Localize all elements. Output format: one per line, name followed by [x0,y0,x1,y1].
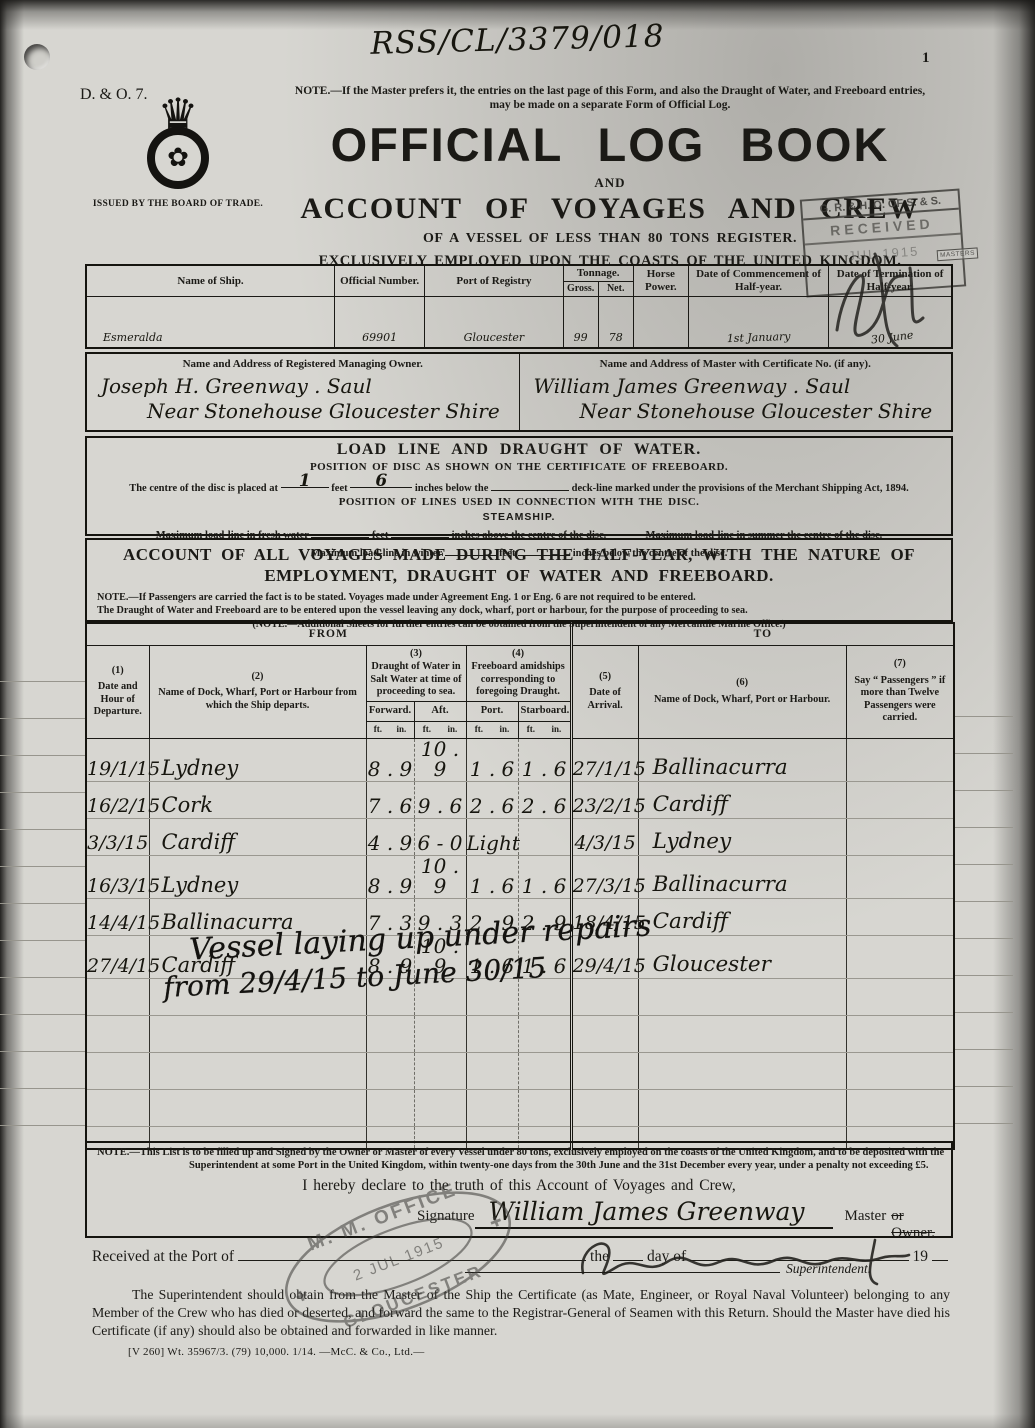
empty-cell [86,1089,149,1126]
header-col3: (3) Draught of Water in Salt Water at ti… [366,645,466,701]
departure-date: 16/3/15 [86,855,149,898]
passengers-cell [846,818,954,855]
voyage-row: 3/3/15 Cardiff 4 . 9 6 - 0 Light 4/3/15 … [86,818,954,855]
from-to-row: FROM TO [86,623,954,645]
col7-text: Say “ Passengers ” if more than Twelve P… [854,675,945,724]
steamship-label: STEAMSHIP. [87,511,951,523]
empty-cell [638,978,846,1015]
empty-cell [571,978,638,1015]
col3-text: Draught of Water in Salt Water at time o… [370,661,461,697]
fresh-inches-blank [391,526,449,538]
account-note-1: NOTE.—If Passengers are carried the fact… [87,592,951,605]
col7-number: (7) [849,658,952,671]
freeboard-starboard: 2 . 6 [518,781,571,818]
header-col6: (6) Name of Dock, Wharf, Port or Harbour… [638,645,846,738]
ship-header-row: Name of Ship. Official Number. Port of R… [86,265,952,282]
header-net: Net. [598,282,633,297]
arrival-date: 23/2/15 [571,781,638,818]
arrival-date: 27/3/15 [571,855,638,898]
column-header-row: (1) Date and Hour of Departure. (2) Name… [86,645,954,701]
empty-cell [571,1015,638,1052]
header-forward: Forward. [366,701,414,721]
empty-cell [414,1015,466,1052]
stamp-right-cross: ✚ [487,1212,504,1231]
col3-number: (3) [369,648,464,661]
empty-cell [638,1089,846,1126]
departure-port: Cork [149,781,366,818]
ftin-aft: ft.in. [414,721,466,738]
value-official-number: 69901 [335,297,425,349]
struck-or-owner: or Owner. [891,1208,951,1242]
archive-reference-handwritten: RSS/CL/3379/018 [0,8,1035,71]
scanned-log-book-page: RSS/CL/3379/018 1 D. & O. 7. ♛ ✿ ISSUED … [0,0,1035,1428]
draught-aft: 10 . 9 [414,855,466,898]
received-prefix: Received at the Port of [92,1248,234,1266]
departure-date: 3/3/15 [86,818,149,855]
empty-cell [846,978,954,1015]
master-header: Name and Address of Master with Certific… [520,354,952,370]
master-cell: Name and Address of Master with Certific… [520,354,952,430]
draught-forward: 8 . 9 [366,738,414,781]
value-net-tonnage: 78 [598,297,633,349]
left-margin-rules [0,645,85,1141]
freeboard-port: 1 . 6 [466,738,518,781]
arrival-date: 4/3/15 [571,818,638,855]
departure-date: 19/1/15 [86,738,149,781]
centre-of-disc-line: The centre of the disc is placed at 1 fe… [87,476,951,494]
header-col7: (7) Say “ Passengers ” if more than Twel… [846,645,954,738]
master-address-line: Near Stonehouse Gloucester Shire [520,399,952,423]
fresh-feet-blank [311,526,369,538]
page-number: 1 [922,50,930,67]
col2-text: Name of Dock, Wharf, Port or Harbour fro… [158,687,357,711]
right-margin-rules [953,680,1013,1141]
arrival-port: Lydney [638,818,846,855]
mm-office-oval-stamp: M. M. OFFICE 2 JUL 1915 GLOUCESTER ✚ ✚ [248,1172,548,1342]
position-of-disc-line: POSITION OF DISC AS SHOWN ON THE CERTIFI… [87,461,951,473]
empty-cell [518,1015,571,1052]
departure-date: 14/4/15 [86,898,149,935]
voyage-row: 16/2/15 Cork 7 . 6 9 . 6 2 . 6 2 . 6 23/… [86,781,954,818]
empty-cell [86,978,149,1015]
col1-text: Date and Hour of Departure. [94,681,142,717]
passengers-cell [846,935,954,978]
ftin-starboard: ft.in. [518,721,571,738]
departure-port: Lydney [149,855,366,898]
load-line-section: LOAD LINE AND DRAUGHT OF WATER. POSITION… [85,436,953,536]
inches-handwritten: 6 [375,471,387,491]
col6-text: Name of Dock, Wharf, Port or Harbour. [654,694,830,705]
header-official-number: Official Number. [335,265,425,297]
empty-cell [466,1089,518,1126]
empty-cell [366,1089,414,1126]
voyages-table: FROM TO (1) Date and Hour of Departure. … [85,622,955,1150]
stamp-left-cross: ✚ [293,1287,310,1306]
col4-number: (4) [469,648,568,661]
col4-text: Freeboard amidships corresponding to for… [471,661,564,697]
arrival-port: Ballinacurra [638,855,846,898]
ship-details-table: Name of Ship. Official Number. Port of R… [85,264,953,349]
header-col4: (4) Freeboard amidships corresponding to… [466,645,571,701]
empty-cell [518,1052,571,1089]
value-ship-name: Esmeralda [86,297,335,349]
deckline-blank [491,479,569,491]
empty-cell [86,1015,149,1052]
deposit-note: NOTE.—This List is to be filled up and S… [93,1146,945,1172]
freeboard-port: Light [466,818,518,855]
draught-forward: 4 . 9 [366,818,414,855]
header-name-of-ship: Name of Ship. [86,265,335,297]
owner-header: Name and Address of Registered Managing … [87,354,519,370]
header-commencement: Date of Commencement of Half-year. [688,265,828,297]
superintendent-label: Superintendent. [786,1261,871,1276]
account-heading-section: ACCOUNT OF ALL VOYAGES MADE DURING THE H… [85,538,953,622]
master-name-line: William James Greenway . Saul [520,374,952,398]
header-gross: Gross. [563,282,598,297]
empty-cell [149,1089,366,1126]
feet-handwritten: 1 [299,471,311,491]
header-port-side: Port. [466,701,518,721]
header-starboard: Starboard. [518,701,571,721]
voyage-row: 19/1/15 Lydney 8 . 9 10 . 9 1 . 6 1 . 6 … [86,738,954,781]
title-and: AND [180,175,1035,191]
ftin-forward: ft.in. [366,721,414,738]
col5-number: (5) [575,671,636,684]
arrival-date: 27/1/15 [571,738,638,781]
arrival-port: Ballinacurra [638,738,846,781]
empty-cell [366,1015,414,1052]
empty-row [86,1089,954,1126]
empty-cell [571,1089,638,1126]
feet-blank: 1 [281,476,329,488]
ship-values-row: Esmeralda 69901 Gloucester 99 78 1st Jan… [86,297,952,349]
centre-prefix: The centre of the disc is placed at [129,483,278,494]
empty-cell [846,1015,954,1052]
passengers-cell [846,738,954,781]
arrival-port: Cardiff [638,781,846,818]
header-horse-power: Horse Power. [633,265,688,297]
draught-forward: 8 . 9 [366,855,414,898]
departure-date: 16/2/15 [86,781,149,818]
inches-blank: 6 [350,476,412,488]
freeboard-port: 2 . 6 [466,781,518,818]
empty-row [86,1052,954,1089]
empty-cell [149,1052,366,1089]
col5-text: Date of Arrival. [587,687,622,711]
inches-label: inches below the [415,483,489,494]
draught-aft: 9 . 6 [414,781,466,818]
header-col1: (1) Date and Hour of Departure. [86,645,149,738]
passengers-cell [846,855,954,898]
draught-forward: 7 . 6 [366,781,414,818]
top-note: NOTE.—If the Master prefers it, the entr… [290,84,930,113]
departure-date: 27/4/15 [86,935,149,978]
empty-cell [86,1052,149,1089]
to-band: TO [571,623,954,645]
col1-number: (1) [89,665,147,678]
position-of-lines-line: POSITION OF LINES USED IN CONNECTION WIT… [87,496,951,508]
feet-label: feet [331,483,347,494]
passengers-cell [846,898,954,935]
deck-line-suffix: deck-line marked under the provisions of… [572,483,909,494]
empty-cell [414,1052,466,1089]
empty-cell [638,1015,846,1052]
owner-name-line: Joseph H. Greenway . Saul [87,374,519,398]
value-gross-tonnage: 99 [563,297,598,349]
header-port-of-registry: Port of Registry [425,265,563,297]
form-title: OFFICIAL LOG BOOK [180,121,1035,168]
owner-master-section: Name and Address of Registered Managing … [85,352,953,432]
voyage-row: 16/3/15 Lydney 8 . 9 10 . 9 1 . 6 1 . 6 … [86,855,954,898]
header-col5: (5) Date of Arrival. [571,645,638,738]
value-horse-power [633,297,688,349]
empty-cell [466,1052,518,1089]
empty-cell [638,1052,846,1089]
header-aft: Aft. [414,701,466,721]
freeboard-port: 1 . 6 [466,855,518,898]
empty-cell [518,1089,571,1126]
printer-imprint: [V 260] Wt. 35967/3. (79) 10,000. 1/14. … [128,1346,425,1358]
col2-number: (2) [152,671,364,684]
value-port-of-registry: Gloucester [425,297,563,349]
col6-number: (6) [641,677,844,690]
draught-aft: 10 . 9 [414,738,466,781]
empty-cell [414,1089,466,1126]
empty-cell [366,1052,414,1089]
departure-port: Cardiff [149,818,366,855]
empty-cell [846,1089,954,1126]
empty-cell [846,1052,954,1089]
ftin-port: ft.in. [466,721,518,738]
owner-address-line: Near Stonehouse Gloucester Shire [87,399,519,423]
departure-port: Lydney [149,738,366,781]
empty-cell [466,1015,518,1052]
owner-cell: Name and Address of Registered Managing … [87,354,520,430]
freeboard-starboard [518,818,571,855]
master-label: Master [845,1208,887,1225]
value-termination: 30 June [826,289,955,355]
header-col2: (2) Name of Dock, Wharf, Port or Harbour… [149,645,366,738]
account-heading: ACCOUNT OF ALL VOYAGES MADE DURING THE H… [119,544,919,587]
freeboard-starboard: 1 . 6 [518,738,571,781]
empty-row [86,1015,954,1052]
empty-cell [149,1015,366,1052]
load-line-title: LOAD LINE AND DRAUGHT OF WATER. [87,441,951,459]
from-band: FROM [86,623,571,645]
header-tonnage: Tonnage. [563,265,633,282]
freeboard-starboard: 1 . 6 [518,855,571,898]
passengers-cell [846,781,954,818]
empty-cell [571,1052,638,1089]
value-commencement: 1st January [688,294,830,350]
draught-aft: 6 - 0 [414,818,466,855]
account-note-2: The Draught of Water and Freeboard are t… [87,605,951,618]
